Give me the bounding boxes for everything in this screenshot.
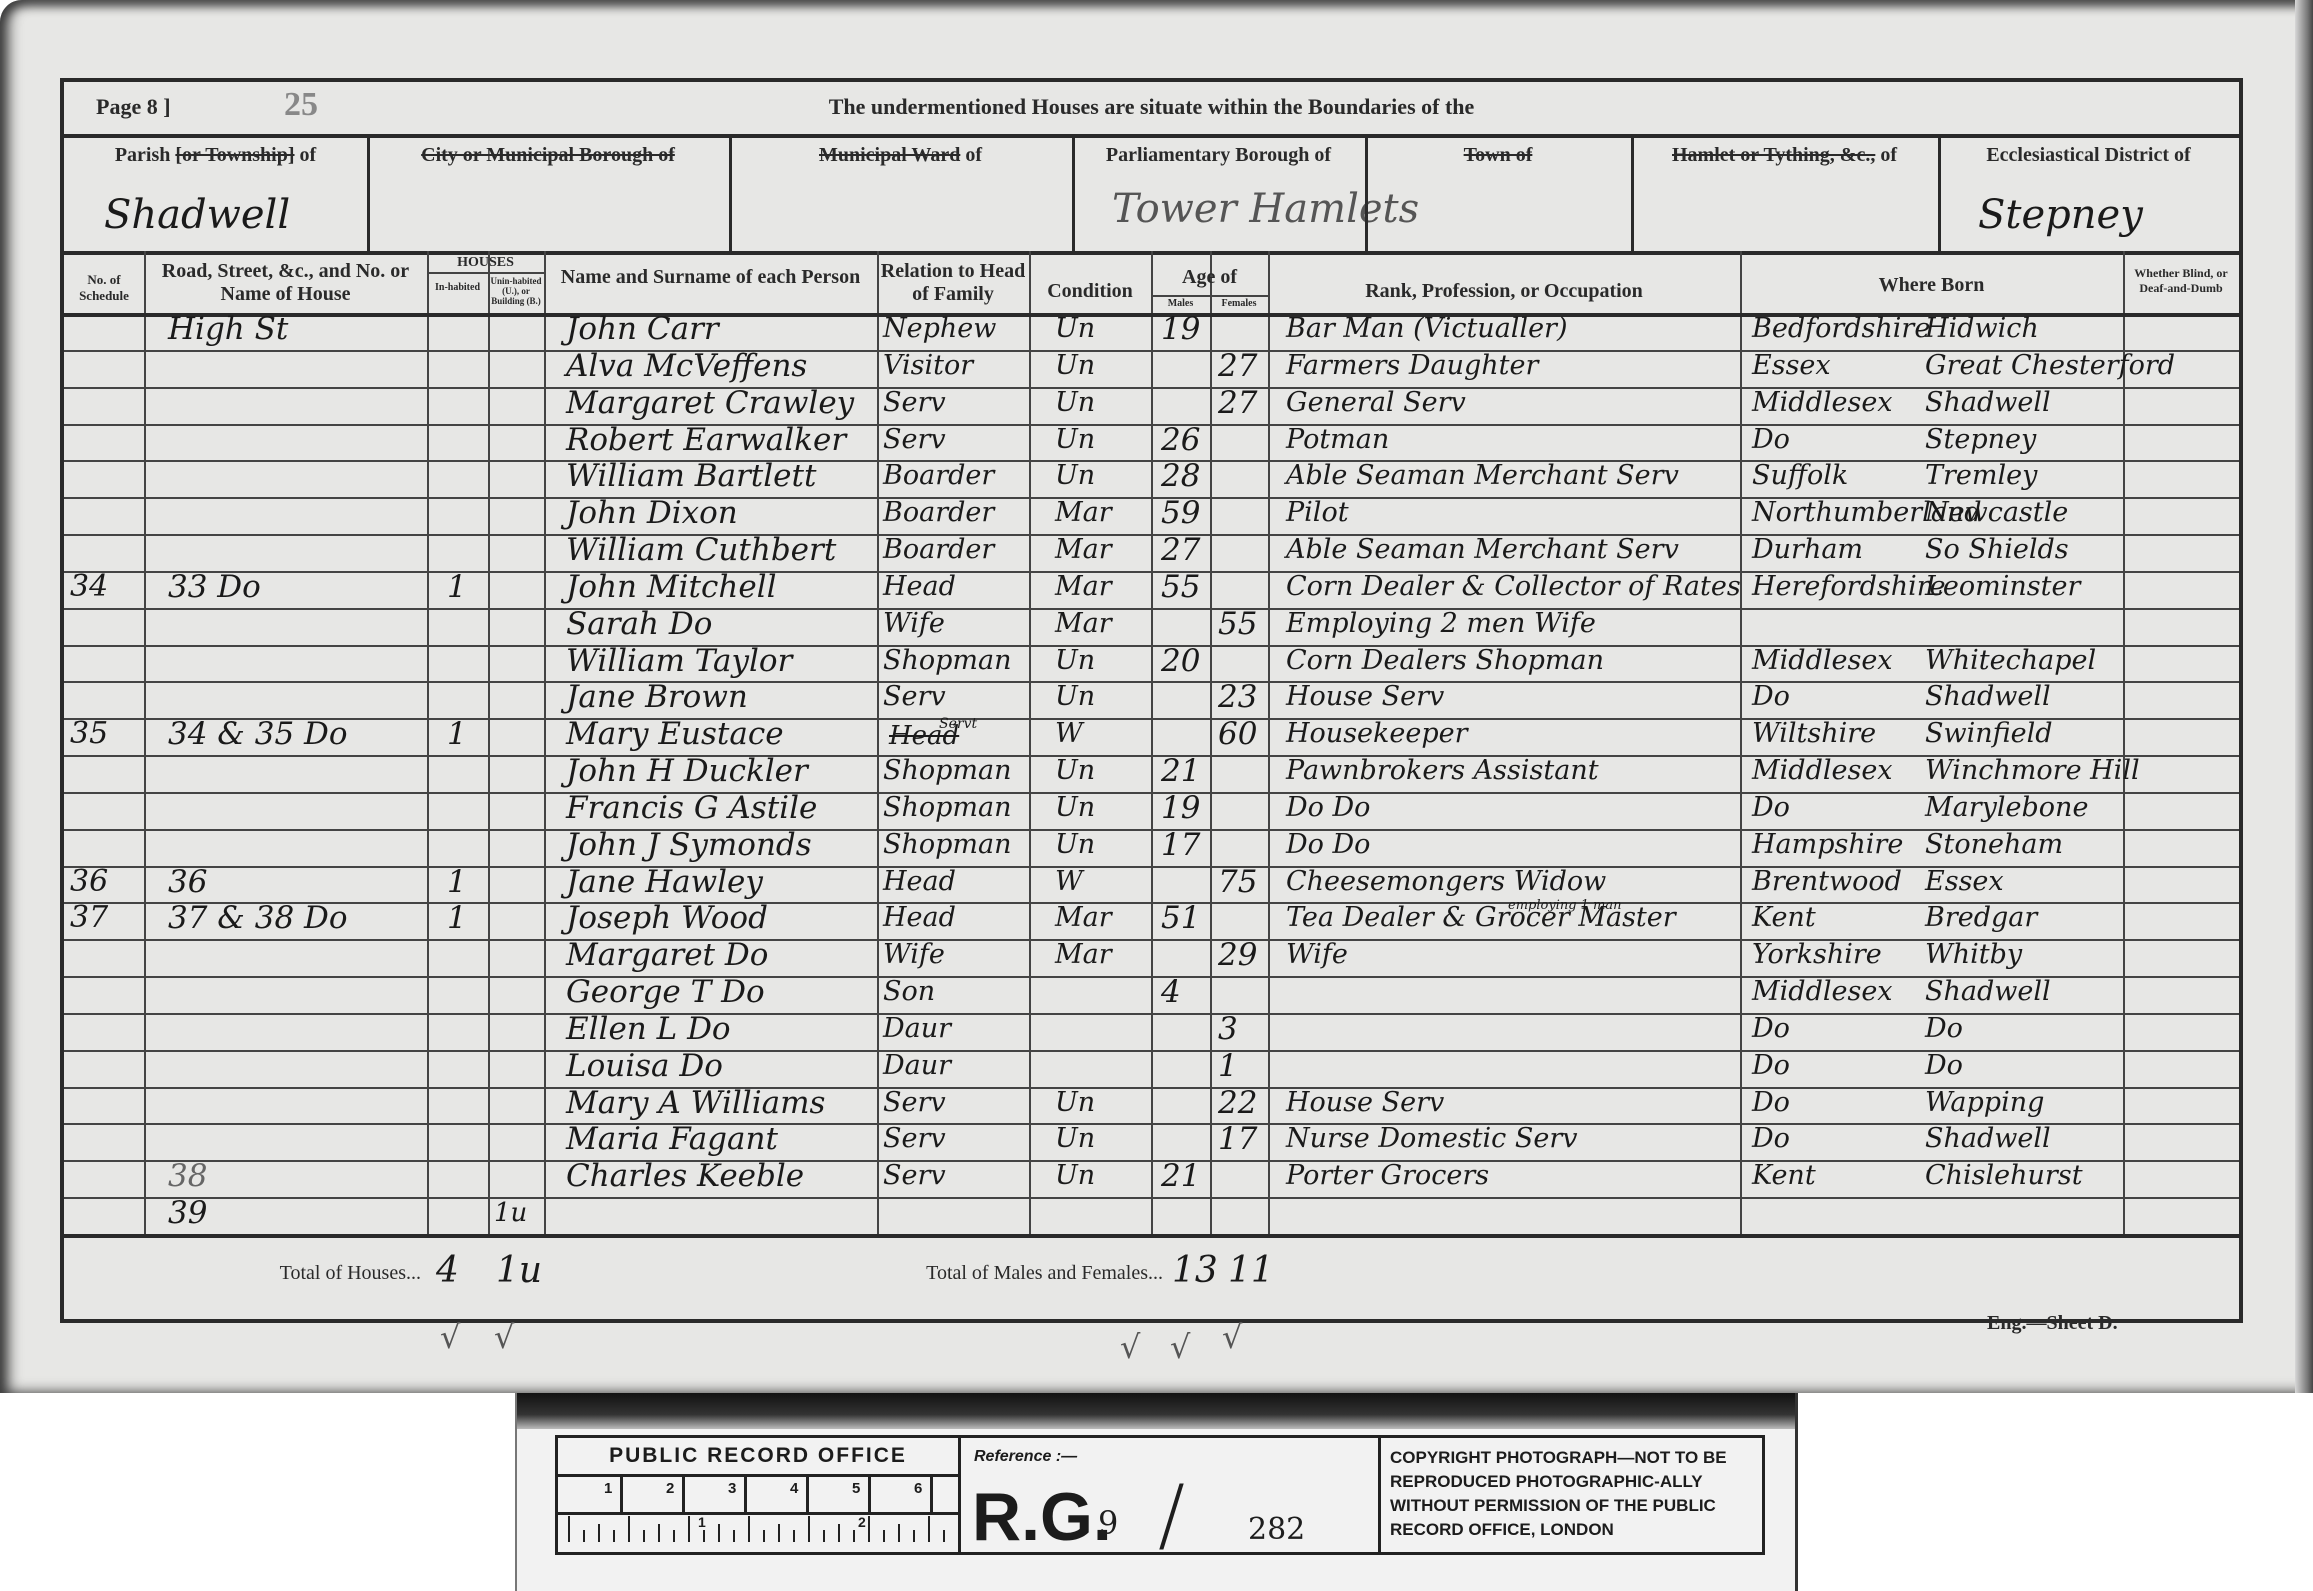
birth-county: Hampshire bbox=[1752, 827, 1903, 863]
person-name: Jane Brown bbox=[566, 679, 748, 715]
relation: Serv bbox=[883, 385, 946, 421]
person-name: Robert Earwalker bbox=[566, 422, 846, 458]
inhabited-count: 1 bbox=[447, 900, 467, 936]
occupation: Wife bbox=[1286, 937, 1348, 973]
area-field-value: Stepney bbox=[1978, 192, 2143, 238]
birth-county: Middlesex bbox=[1752, 974, 1893, 1010]
reference-label: Reference :— bbox=[974, 1448, 1077, 1466]
female-age: 1 bbox=[1218, 1048, 1238, 1084]
house-address: 38 bbox=[168, 1158, 207, 1194]
birth-place: Stepney bbox=[1925, 422, 2036, 458]
occupation: General Serv bbox=[1286, 385, 1466, 421]
birth-place: Shadwell bbox=[1925, 974, 2051, 1010]
female-age: 55 bbox=[1218, 606, 1257, 642]
condition: Un bbox=[1055, 311, 1095, 347]
person-name: Maria Fagant bbox=[566, 1121, 778, 1157]
occupation: Employing 2 men Wife bbox=[1286, 606, 1596, 642]
inhabited-count: 1 bbox=[447, 716, 467, 752]
birth-place: Winchmore Hill bbox=[1925, 753, 2140, 789]
column-header-rel: Relation to Head of Family bbox=[877, 260, 1029, 306]
ruler-cm-label: 4 bbox=[790, 1480, 798, 1497]
condition: Mar bbox=[1055, 532, 1112, 568]
house-address: 39 bbox=[168, 1195, 207, 1231]
male-age: 59 bbox=[1161, 495, 1200, 531]
sheet-label: Eng.—Sheet D. bbox=[1987, 1312, 2118, 1335]
birth-county: Suffolk bbox=[1752, 458, 1848, 494]
relation: Shopman bbox=[883, 753, 1012, 789]
occupation: House Serv bbox=[1286, 1085, 1444, 1121]
column-header-inh: In-habited bbox=[427, 282, 488, 294]
condition: Mar bbox=[1055, 495, 1112, 531]
inhabited-count: 1 bbox=[447, 569, 467, 605]
person-name: John Mitchell bbox=[566, 569, 777, 605]
birth-county: Kent bbox=[1752, 900, 1816, 936]
occupation: Do Do bbox=[1286, 827, 1370, 863]
birth-county: Do bbox=[1752, 679, 1790, 715]
ruler-cm-label: 3 bbox=[728, 1480, 736, 1497]
occupation: Pilot bbox=[1286, 495, 1349, 531]
person-name: Margaret Crawley bbox=[566, 385, 854, 421]
relation: Daur bbox=[883, 1048, 951, 1084]
condition: Mar bbox=[1055, 606, 1112, 642]
relation: Serv bbox=[883, 1158, 946, 1194]
birth-place: Bredgar bbox=[1925, 900, 2037, 936]
boundaries-title: The undermentioned Houses are situate wi… bbox=[64, 94, 2239, 120]
schedule-number: 36 bbox=[70, 864, 108, 900]
house-address: High St bbox=[168, 311, 288, 347]
inhabited-count: 1 bbox=[447, 864, 467, 900]
area-field-label: Municipal Ward of bbox=[729, 144, 1072, 167]
condition: W bbox=[1055, 864, 1083, 900]
relation: Shopman bbox=[883, 643, 1012, 679]
person-name: Margaret Do bbox=[566, 937, 768, 973]
birth-county: Brentwood bbox=[1752, 864, 1902, 900]
male-age: 17 bbox=[1161, 827, 1200, 863]
birth-place: Tremley bbox=[1925, 458, 2037, 494]
column-header-male: Males bbox=[1151, 298, 1210, 310]
birth-place: Great Chesterford bbox=[1925, 348, 2175, 384]
area-field-value: Shadwell bbox=[104, 192, 290, 238]
person-name: Mary Eustace bbox=[566, 716, 784, 752]
person-name: Joseph Wood bbox=[566, 900, 768, 936]
relation: Wife bbox=[883, 937, 945, 973]
condition: Un bbox=[1055, 643, 1095, 679]
relation: Head bbox=[883, 569, 956, 605]
relation: Shopman bbox=[883, 790, 1012, 826]
condition: Un bbox=[1055, 827, 1095, 863]
census-page: Page 8 ] 25 The undermentioned Houses ar… bbox=[0, 0, 2313, 1393]
schedule-number: 35 bbox=[70, 716, 108, 752]
person-name: George T Do bbox=[566, 974, 765, 1010]
column-header-road: Road, Street, &c., and No. or Name of Ho… bbox=[144, 260, 427, 306]
person-name: William Taylor bbox=[566, 643, 792, 679]
series-code: R.G. bbox=[972, 1482, 1112, 1552]
person-name: John H Duckler bbox=[566, 753, 808, 789]
person-name: Charles Keeble bbox=[566, 1158, 804, 1194]
occupation: Pawnbrokers Assistant bbox=[1286, 753, 1599, 789]
relation: Servt bbox=[939, 706, 977, 742]
area-field-label: Parliamentary Borough of bbox=[1072, 144, 1365, 167]
area-field-label: Ecclesiastical District of bbox=[1938, 144, 2239, 167]
occupation: Corn Dealers Shopman bbox=[1286, 643, 1604, 679]
birth-county: Do bbox=[1752, 790, 1790, 826]
condition: Un bbox=[1055, 458, 1095, 494]
column-header-born: Where Born bbox=[1740, 274, 2123, 297]
birth-county: Middlesex bbox=[1752, 643, 1893, 679]
person-name: William Cuthbert bbox=[566, 532, 836, 568]
relation: Shopman bbox=[883, 827, 1012, 863]
area-field-label: Town of bbox=[1365, 144, 1631, 167]
female-age: 60 bbox=[1218, 716, 1257, 752]
ruler-cm-label: 5 bbox=[852, 1480, 860, 1497]
birth-place: Shadwell bbox=[1925, 679, 2051, 715]
birth-place: Wapping bbox=[1925, 1085, 2044, 1121]
occupation: Corn Dealer & Collector of Rates bbox=[1286, 569, 1741, 605]
birth-county: Herefordshire bbox=[1752, 569, 1946, 605]
male-age: 55 bbox=[1161, 569, 1200, 605]
condition: Un bbox=[1055, 348, 1095, 384]
birth-county: Durham bbox=[1752, 532, 1863, 568]
birth-county: Kent bbox=[1752, 1158, 1816, 1194]
condition: W bbox=[1055, 716, 1083, 752]
male-age: 26 bbox=[1161, 422, 1200, 458]
relation: Boarder bbox=[883, 458, 994, 494]
house-address: 34 & 35 Do bbox=[168, 716, 348, 752]
birth-place: Newcastle bbox=[1925, 495, 2068, 531]
relation: Wife bbox=[883, 606, 945, 642]
birth-place: Marylebone bbox=[1925, 790, 2088, 826]
office-label: PUBLIC RECORD OFFICE bbox=[558, 1444, 958, 1468]
person-name: John Dixon bbox=[566, 495, 738, 531]
birth-place: Stoneham bbox=[1925, 827, 2063, 863]
male-age: 27 bbox=[1161, 532, 1200, 568]
condition: Un bbox=[1055, 790, 1095, 826]
relation: Head bbox=[883, 864, 956, 900]
relation: Head bbox=[883, 900, 956, 936]
birth-place: Chislehurst bbox=[1925, 1158, 2083, 1194]
female-age: 27 bbox=[1218, 348, 1257, 384]
condition: Un bbox=[1055, 385, 1095, 421]
schedule-number: 34 bbox=[70, 569, 108, 605]
condition: Un bbox=[1055, 679, 1095, 715]
total-houses-label: Total of Houses... bbox=[64, 1262, 421, 1285]
record-office-ruler: PUBLIC RECORD OFFICE 123456 12 bbox=[558, 1438, 961, 1552]
birth-county: Do bbox=[1752, 1085, 1790, 1121]
column-header-age: Age of bbox=[1151, 266, 1268, 289]
column-header-fem: Females bbox=[1210, 298, 1268, 310]
birth-place: Hidwich bbox=[1925, 311, 2039, 347]
relation: Serv bbox=[883, 422, 946, 458]
piece-number: 282 bbox=[1248, 1512, 1305, 1547]
occupation: Housekeeper bbox=[1286, 716, 1468, 752]
ruler-cm-label: 2 bbox=[666, 1480, 674, 1497]
birth-place: Leominster bbox=[1925, 569, 2080, 605]
column-header-sched: No. of Schedule bbox=[64, 272, 144, 304]
person-name: John Carr bbox=[566, 311, 719, 347]
male-age: 19 bbox=[1161, 790, 1200, 826]
person-name: William Bartlett bbox=[566, 458, 816, 494]
birth-county: Do bbox=[1752, 1048, 1790, 1084]
class-number: 9 bbox=[1098, 1504, 1118, 1542]
male-age: 4 bbox=[1161, 974, 1181, 1010]
person-name: Ellen L Do bbox=[566, 1011, 731, 1047]
birth-county: Middlesex bbox=[1752, 385, 1893, 421]
relation: Serv bbox=[883, 679, 946, 715]
condition: Un bbox=[1055, 1158, 1095, 1194]
birth-place: So Shields bbox=[1925, 532, 2069, 568]
female-age: 27 bbox=[1218, 385, 1257, 421]
schedule-number: 37 bbox=[70, 900, 108, 936]
condition: Un bbox=[1055, 1085, 1095, 1121]
birth-county: Wiltshire bbox=[1752, 716, 1876, 752]
relation: Boarder bbox=[883, 532, 994, 568]
relation: Nephew bbox=[883, 311, 996, 347]
area-field-label: Hamlet or Tything, &c., of bbox=[1631, 144, 1938, 167]
relation: Visitor bbox=[883, 348, 973, 384]
relation: Serv bbox=[883, 1121, 946, 1157]
female-age: 75 bbox=[1218, 864, 1257, 900]
person-name: John J Symonds bbox=[566, 827, 812, 863]
column-header-blind: Whether Blind, or Deaf-and-Dumb bbox=[2123, 266, 2239, 296]
female-age: 23 bbox=[1218, 679, 1257, 715]
ruler-cm-label: 1 bbox=[604, 1480, 612, 1497]
female-age: 29 bbox=[1218, 937, 1257, 973]
birth-county: Do bbox=[1752, 422, 1790, 458]
area-field-label: Parish [or Township] of bbox=[64, 144, 367, 167]
person-name: Alva McVeffens bbox=[566, 348, 807, 384]
person-name: Mary A Williams bbox=[566, 1085, 825, 1121]
reference-separator: / bbox=[1158, 1468, 1185, 1561]
condition: Un bbox=[1055, 753, 1095, 789]
birth-place: Whitechapel bbox=[1925, 643, 2096, 679]
birth-county: Do bbox=[1752, 1011, 1790, 1047]
person-name: Francis G Astile bbox=[566, 790, 817, 826]
ruler-inch-label: 1 bbox=[698, 1514, 706, 1530]
occupation: House Serv bbox=[1286, 679, 1444, 715]
occupation: Able Seaman Merchant Serv bbox=[1286, 458, 1679, 494]
birth-county: Essex bbox=[1752, 348, 1831, 384]
house-address: 36 bbox=[168, 864, 207, 900]
occupation: Porter Grocers bbox=[1286, 1158, 1489, 1194]
birth-place: Whitby bbox=[1925, 937, 2022, 973]
male-age: 19 bbox=[1161, 311, 1200, 347]
total-uninhabited: 1u bbox=[496, 1250, 542, 1291]
birth-place: Shadwell bbox=[1925, 385, 2051, 421]
area-field-label: City or Municipal Borough of bbox=[367, 144, 729, 167]
person-name: Louisa Do bbox=[566, 1048, 723, 1084]
column-header-occ: Rank, Profession, or Occupation bbox=[1268, 280, 1740, 303]
total-persons-label: Total of Males and Females... bbox=[540, 1262, 1163, 1285]
relation: Son bbox=[883, 974, 935, 1010]
uninhabited-mark: 1u bbox=[494, 1195, 527, 1231]
occupation-note: employing 1 man bbox=[1508, 888, 1622, 924]
occupation: Do Do bbox=[1286, 790, 1370, 826]
column-header-houses: HOUSES bbox=[427, 255, 544, 271]
area-field-value: Tower Hamlets bbox=[1112, 186, 1419, 232]
occupation: Potman bbox=[1286, 422, 1389, 458]
birth-place: Essex bbox=[1925, 864, 2004, 900]
male-age: 21 bbox=[1161, 1158, 1200, 1194]
relation: Daur bbox=[883, 1011, 951, 1047]
condition: Un bbox=[1055, 422, 1095, 458]
condition: Mar bbox=[1055, 569, 1112, 605]
occupation: Farmers Daughter bbox=[1286, 348, 1538, 384]
birth-county: Yorkshire bbox=[1752, 937, 1882, 973]
total-females: 11 bbox=[1228, 1250, 1274, 1291]
male-age: 20 bbox=[1161, 643, 1200, 679]
female-age: 17 bbox=[1218, 1121, 1257, 1157]
condition: Mar bbox=[1055, 900, 1112, 936]
birth-place: Do bbox=[1925, 1048, 1963, 1084]
person-name: Jane Hawley bbox=[566, 864, 763, 900]
male-age: 51 bbox=[1161, 900, 1200, 936]
occupation: Nurse Domestic Serv bbox=[1286, 1121, 1578, 1157]
relation: Boarder bbox=[883, 495, 994, 531]
birth-county: Middlesex bbox=[1752, 753, 1893, 789]
census-form: Page 8 ] 25 The undermentioned Houses ar… bbox=[60, 78, 2243, 1323]
person-name: Sarah Do bbox=[566, 606, 712, 642]
house-address: 33 Do bbox=[168, 569, 261, 605]
occupation: Bar Man (Victualler) bbox=[1286, 311, 1567, 347]
ruler-cm-label: 6 bbox=[914, 1480, 922, 1497]
total-males: 13 bbox=[1172, 1250, 1218, 1291]
occupation: Able Seaman Merchant Serv bbox=[1286, 532, 1679, 568]
female-age: 22 bbox=[1218, 1085, 1257, 1121]
birth-place: Shadwell bbox=[1925, 1121, 2051, 1157]
column-header-name: Name and Surname of each Person bbox=[544, 266, 877, 289]
total-inhabited: 4 bbox=[436, 1250, 459, 1291]
birth-place: Swinfield bbox=[1925, 716, 2053, 752]
birth-county: Bedfordshire bbox=[1752, 311, 1930, 347]
condition: Mar bbox=[1055, 937, 1112, 973]
column-header-cond: Condition bbox=[1029, 280, 1151, 303]
male-age: 28 bbox=[1161, 458, 1200, 494]
house-address: 37 & 38 Do bbox=[168, 900, 348, 936]
column-header-unin: Unin-habited (U.), or Building (B.) bbox=[488, 276, 544, 306]
condition: Un bbox=[1055, 1121, 1095, 1157]
birth-county: Do bbox=[1752, 1121, 1790, 1157]
birth-place: Do bbox=[1925, 1011, 1963, 1047]
relation: Serv bbox=[883, 1085, 946, 1121]
male-age: 21 bbox=[1161, 753, 1200, 789]
female-age: 3 bbox=[1218, 1011, 1238, 1047]
copyright-notice: COPYRIGHT PHOTOGRAPH—NOT TO BE REPRODUCE… bbox=[1390, 1446, 1750, 1542]
ruler-inch-label: 2 bbox=[858, 1514, 866, 1530]
archive-reference-tag: PUBLIC RECORD OFFICE 123456 12 Reference… bbox=[515, 1393, 1798, 1591]
